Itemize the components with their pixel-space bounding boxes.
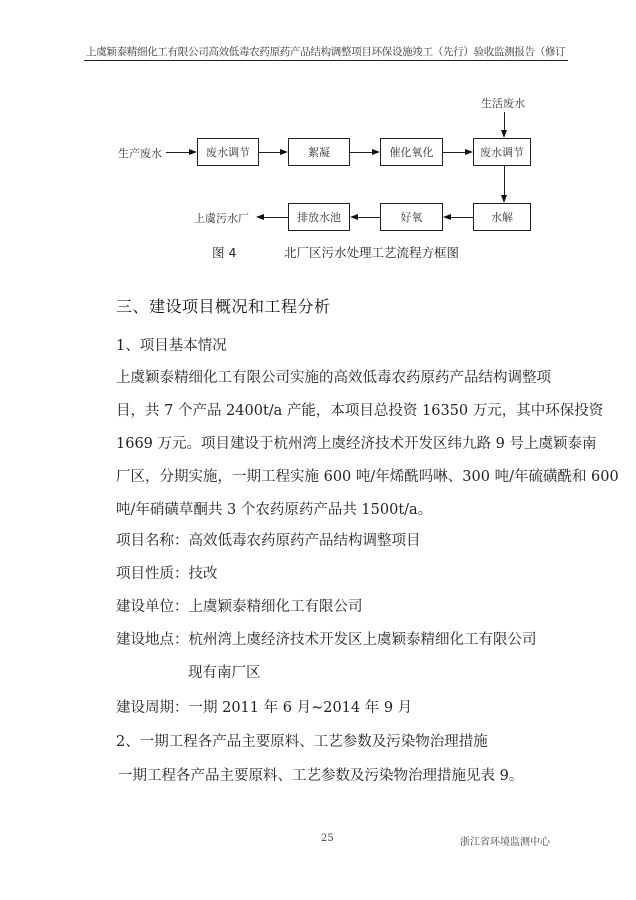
connector-line bbox=[358, 217, 380, 218]
label-sewage-plant: 上虞污水厂 bbox=[194, 210, 249, 226]
field-construction-period: 建设周期：一期 2011 年 6 月~2014 年 9 月 bbox=[116, 692, 412, 724]
label-domestic-wastewater: 生活废水 bbox=[481, 95, 525, 111]
field-label: 建设地点： bbox=[116, 632, 189, 648]
field-value: 上虞颖泰精细化工有限公司 bbox=[189, 599, 363, 615]
connector-line bbox=[443, 152, 465, 153]
arrow-down-icon bbox=[501, 195, 507, 203]
subsection-text: 一期工程各产品主要原料、工艺参数及污染物治理措施见表 9。 bbox=[118, 760, 523, 792]
arrow-right-icon bbox=[465, 149, 473, 155]
figure-number: 图 4 bbox=[212, 243, 236, 261]
connector-line bbox=[350, 152, 372, 153]
connector-line bbox=[451, 217, 473, 218]
header-title: 上虞颖泰精细化工有限公司高效低毒农药原药产品结构调整项目环保设施竣工（先行）验收… bbox=[86, 44, 566, 59]
box-aerobic: 好氧 bbox=[380, 203, 443, 231]
field-value: 高效低毒农药原药产品结构调整项目 bbox=[189, 533, 421, 549]
connector-line bbox=[504, 166, 505, 195]
arrow-left-icon bbox=[256, 214, 264, 220]
paragraph-line: 厂区，分期实施，一期工程实施 600 吨/年烯酰吗啉、300 吨/年硫磺酰和 6… bbox=[116, 461, 619, 493]
field-project-name: 项目名称：高效低毒农药原药产品结构调整项目 bbox=[116, 525, 421, 557]
section-title: 三、建设项目概况和工程分析 bbox=[116, 294, 331, 317]
field-construction-unit: 建设单位：上虞颖泰精细化工有限公司 bbox=[116, 591, 363, 623]
arrow-down-icon bbox=[501, 130, 507, 138]
box-wastewater-regulation-1: 废水调节 bbox=[197, 138, 259, 166]
subsection-heading-1: 1、项目基本情况 bbox=[116, 330, 227, 362]
box-flocculation: 絮凝 bbox=[288, 138, 350, 166]
box-catalytic-oxidation: 催化氧化 bbox=[380, 138, 443, 166]
field-construction-site: 建设地点：杭州湾上虞经济技术开发区上虞颖泰精细化工有限公司 bbox=[116, 624, 537, 656]
connector-line bbox=[504, 112, 505, 130]
connector-line bbox=[264, 217, 288, 218]
arrow-right-icon bbox=[280, 149, 288, 155]
footer-organization: 浙江省环境监测中心 bbox=[460, 833, 550, 848]
connector-line bbox=[166, 152, 189, 153]
arrow-right-icon bbox=[189, 149, 197, 155]
field-value: 杭州湾上虞经济技术开发区上虞颖泰精细化工有限公司 bbox=[189, 632, 537, 648]
paragraph-line: 吨/年硝磺草酮共 3 个农药原药产品共 1500t/a。 bbox=[116, 494, 432, 526]
paragraph-line: 目，共 7 个产品 2400t/a 产能，本项目总投资 16350 万元，其中环… bbox=[116, 395, 603, 427]
connector-line bbox=[259, 152, 280, 153]
field-label: 建设单位： bbox=[116, 599, 189, 615]
header-divider bbox=[84, 60, 568, 61]
field-value: 技改 bbox=[189, 566, 218, 582]
box-hydrolysis: 水解 bbox=[473, 203, 531, 231]
field-label: 项目名称： bbox=[116, 533, 189, 549]
box-wastewater-regulation-2: 废水调节 bbox=[473, 138, 531, 166]
box-discharge-pool: 排放水池 bbox=[288, 203, 350, 231]
field-label: 建设周期： bbox=[116, 700, 189, 716]
field-value: 一期 2011 年 6 月~2014 年 9 月 bbox=[189, 700, 413, 716]
figure-caption: 北厂区污水处理工艺流程方框图 bbox=[284, 243, 459, 261]
field-construction-site-line2: 现有南厂区 bbox=[188, 657, 261, 689]
arrow-left-icon bbox=[443, 214, 451, 220]
label-production-wastewater: 生产废水 bbox=[118, 145, 162, 161]
subsection-heading-2: 2、一期工程各产品主要原料、工艺参数及污染物治理措施 bbox=[116, 726, 488, 758]
page-number: 25 bbox=[321, 833, 334, 844]
arrow-left-icon bbox=[350, 214, 358, 220]
field-project-nature: 项目性质：技改 bbox=[116, 558, 218, 590]
paragraph-line: 上虞颖泰精细化工有限公司实施的高效低毒农药原药产品结构调整项 bbox=[116, 362, 551, 394]
arrow-right-icon bbox=[372, 149, 380, 155]
field-label: 项目性质： bbox=[116, 566, 189, 582]
paragraph-line: 1669 万元。项目建设于杭州湾上虞经济技术开发区纬九路 9 号上虞颖泰南 bbox=[116, 428, 596, 460]
